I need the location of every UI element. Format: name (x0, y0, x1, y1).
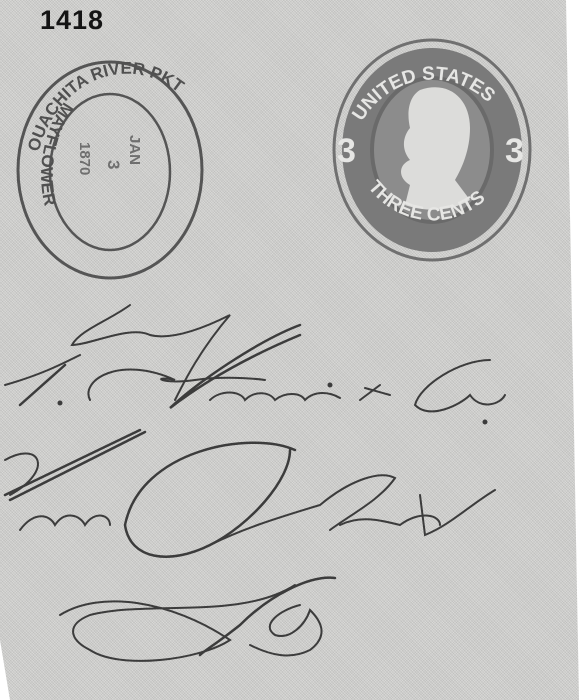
postmark-day: 3 (104, 160, 123, 169)
postmark-year: 1870 (76, 142, 93, 175)
stamp-numeral-right: 3 (505, 132, 524, 170)
handwritten-address: J. H. Hardie & Co. (5, 305, 505, 661)
postmark: OUACHITA RIVER PKT MAYFLOWER JAN 3 1870 (18, 59, 202, 278)
postmark-month: JAN (126, 135, 143, 165)
embossed-stamp: UNITED STATES THREE CENTS 3 3 (334, 40, 530, 260)
cover-artwork: OUACHITA RIVER PKT MAYFLOWER JAN 3 1870 … (0, 0, 579, 700)
stamp-numeral-left: 3 (337, 132, 356, 170)
portrait-icon (401, 87, 470, 210)
